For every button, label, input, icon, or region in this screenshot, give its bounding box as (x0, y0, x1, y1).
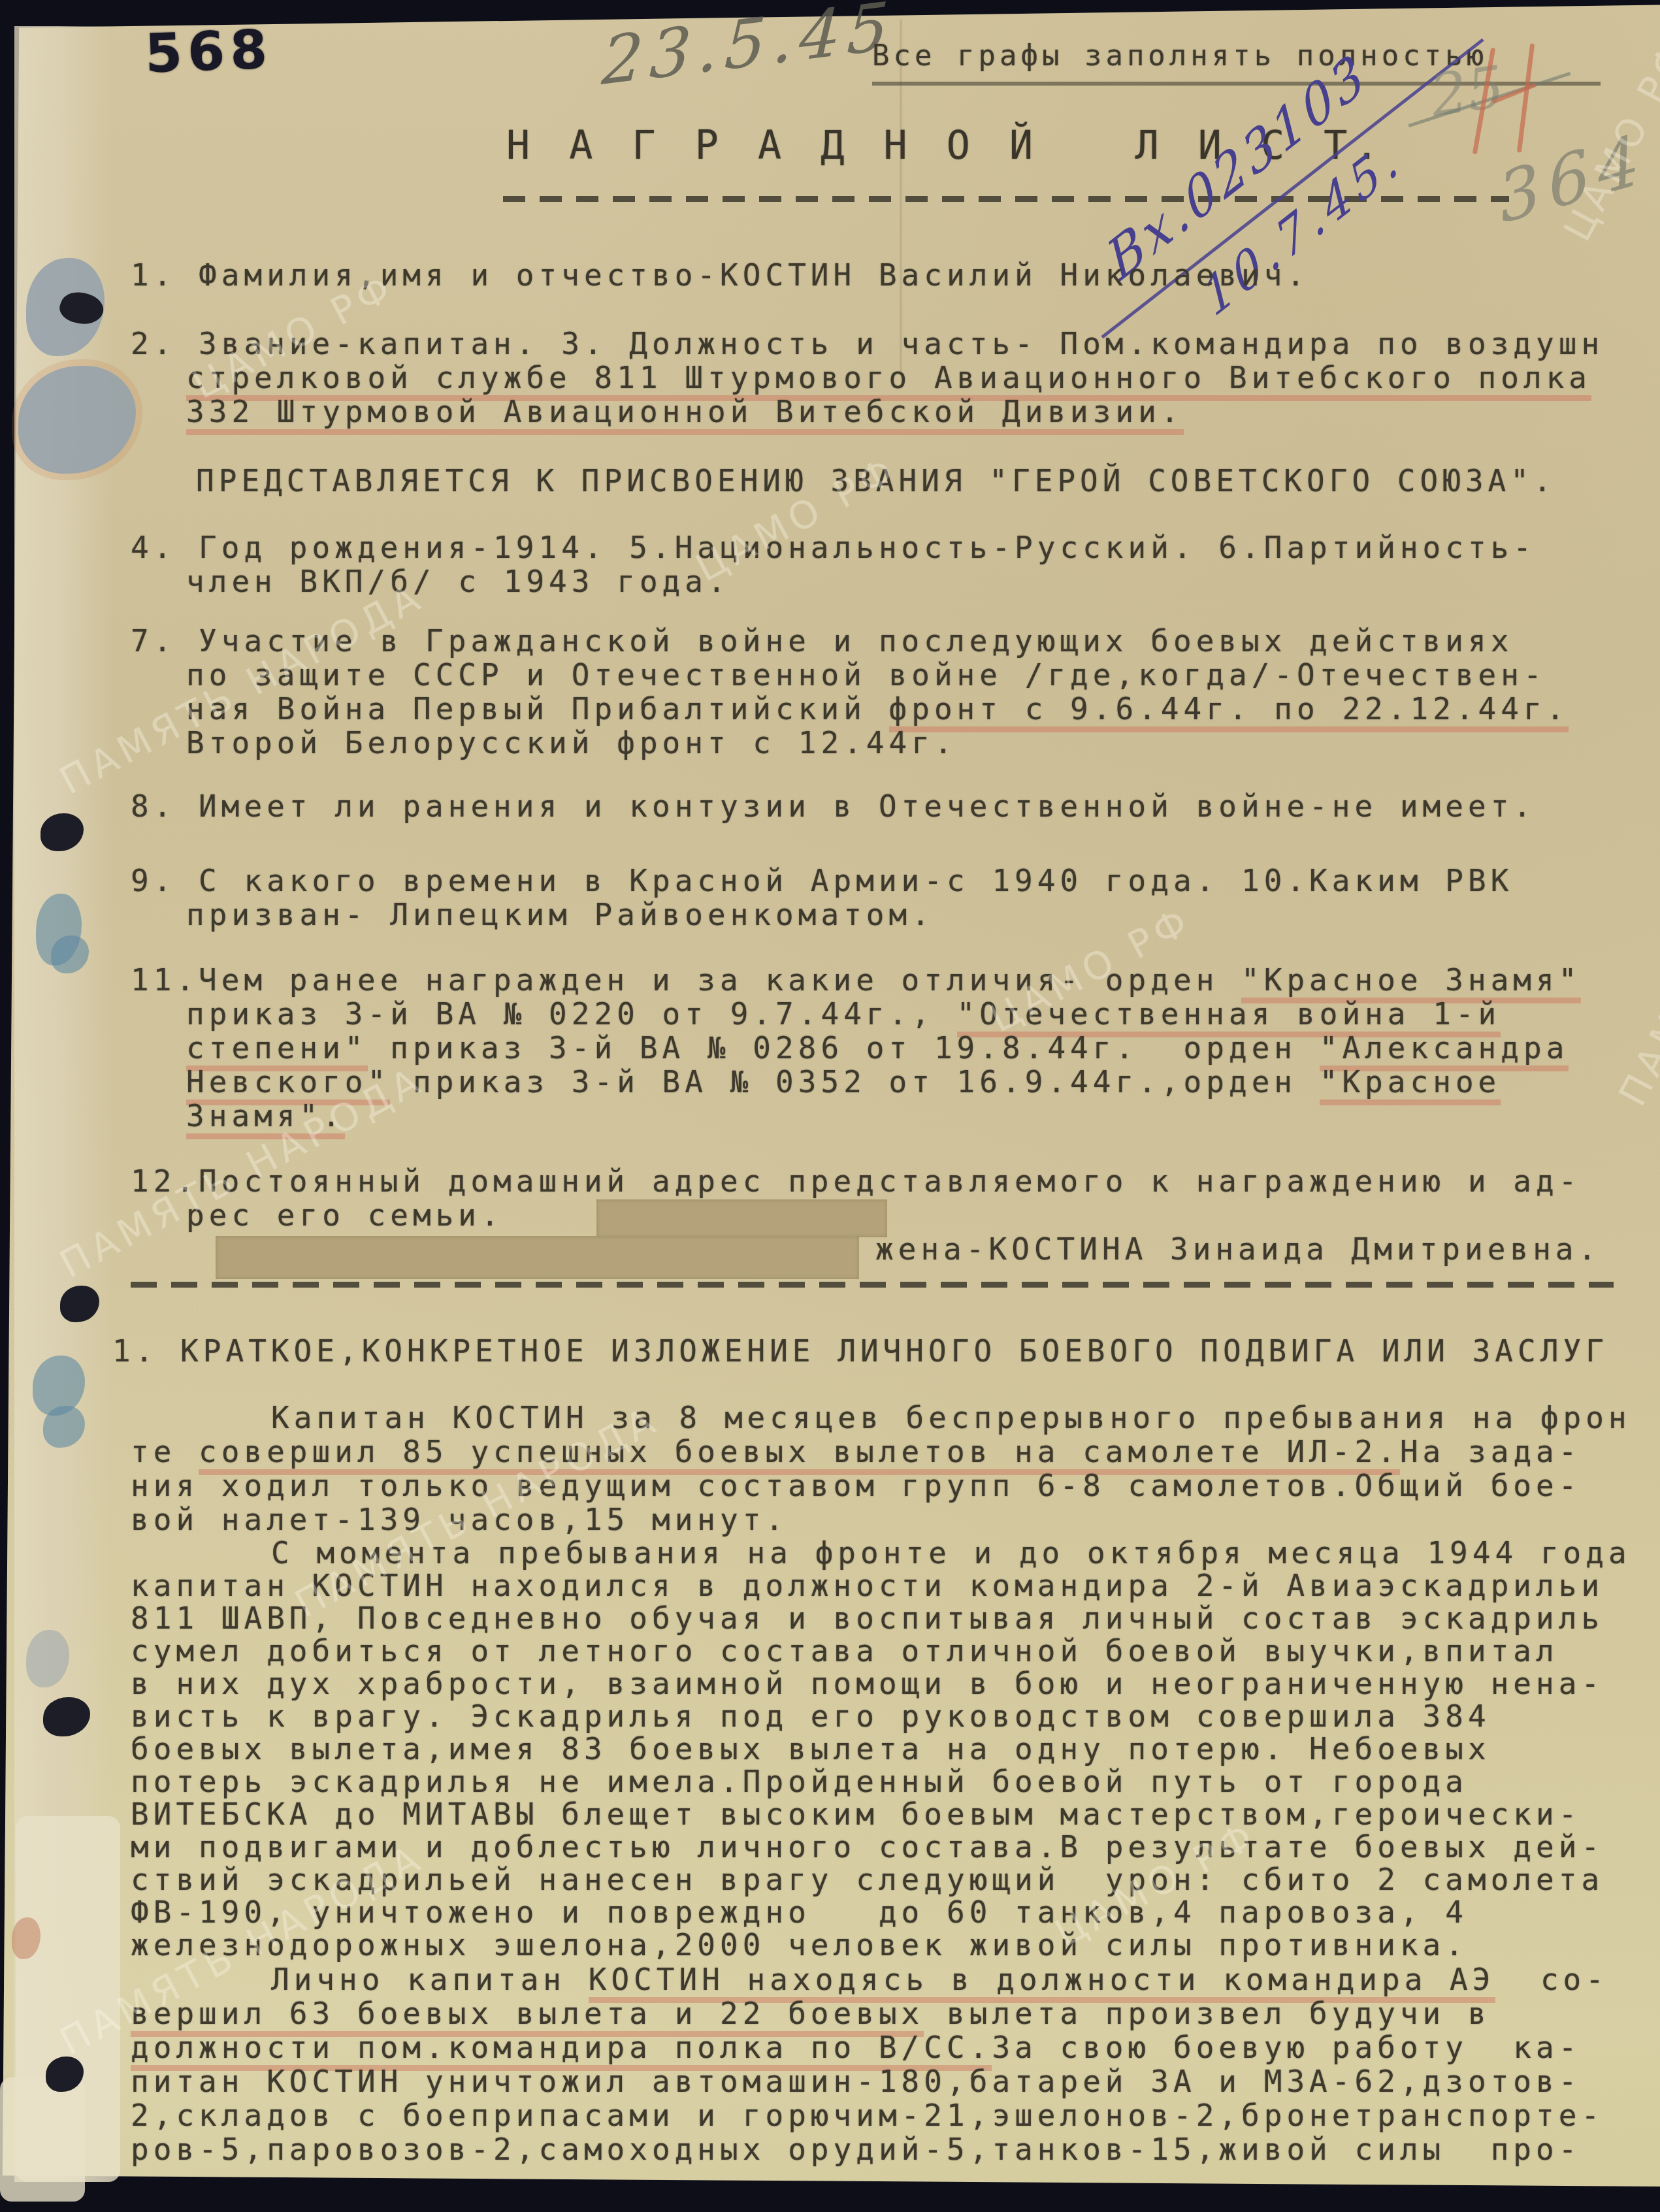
p3-line6: ров-5,паровозов-2,самоходных орудий-5,та… (131, 2132, 1608, 2166)
p2-line3: 811 ШАВП, Повседневно обучая и воспитыва… (131, 1602, 1631, 1635)
form-item-1: 1. Фамилия,имя и отчество-КОСТИН Василий… (131, 258, 1309, 292)
item11-line3: степени" приказ 3-й ВА № 0286 от 19.8.44… (131, 1031, 1581, 1065)
item8-line: 8. Имеет ли ранения и контузии в Отечест… (131, 789, 1536, 823)
p3-line4: питан КОСТИН уничтожил автомашин-180,бат… (131, 2064, 1608, 2098)
paper-patch (0, 2077, 85, 2202)
document-scan: 568 23.5.45 Все графы заполнять полность… (0, 0, 1660, 2212)
p1-line1: Капитан КОСТИН за 8 месяцев беспрерывног… (131, 1401, 1631, 1435)
p1-line2: те совершил 85 успешных боевых вылетов н… (131, 1435, 1631, 1469)
item7-line2: по защите СССР и Отечественной войне /гд… (131, 658, 1569, 692)
p1-line2-text: те (131, 1434, 199, 1469)
p2-line1: С момента пребывания на фронте и до октя… (131, 1537, 1631, 1569)
form-item-11: 11.Чем ранее награжден и за какие отличи… (131, 963, 1581, 1133)
p2-line6: висть к врагу. Эскадрилья под его руково… (131, 1700, 1631, 1732)
red-underlined-text: "Красное (1320, 1064, 1501, 1105)
form-item-2-3: 2. Звание-капитан. 3. Должность и часть-… (131, 327, 1604, 429)
item11-line2-text: приказ 3-й ВА № 0220 от 9.7.44г., (186, 996, 957, 1032)
redaction-block (596, 1199, 887, 1237)
p1-line3: ния ходил только ведущим составом групп … (131, 1469, 1631, 1503)
item7-line1: 7. Участие в Гражданской войне и последу… (131, 624, 1569, 658)
item11-line1: 11.Чем ранее награжден и за какие отличи… (131, 963, 1581, 997)
item9-line1: 9. С какого времени в Красной Армии-с 19… (131, 864, 1513, 898)
item11-line3-text: приказ 3-й ВА № 0286 от 19.8.44г. орден (368, 1030, 1320, 1065)
form-items-4-6: 4. Год рождения-1914. 5.Национальность-Р… (131, 530, 1536, 598)
p3-line1: Лично капитан КОСТИН находясь в должност… (131, 1962, 1608, 1996)
item11-line2: приказ 3-й ВА № 0220 от 9.7.44г., "Отече… (131, 997, 1581, 1031)
p2-line2: капитан КОСТИН находился в должности ком… (131, 1569, 1631, 1602)
item1-line: 1. Фамилия,имя и отчество-КОСТИН Василий… (131, 258, 1309, 292)
item7-line3: ная Война Первый Прибалтийский фронт с 9… (131, 692, 1569, 726)
presentation-statement: ПРЕДСТАВЛЯЕТСЯ К ПРИСВОЕНИЮ ЗВАНИЯ "ГЕРО… (196, 464, 1556, 498)
form-item-8: 8. Имеет ли ранения и контузии в Отечест… (131, 789, 1536, 823)
citation-paragraph-2: С момента пребывания на фронте и до октя… (131, 1537, 1631, 1961)
form-item-7: 7. Участие в Гражданской войне и последу… (131, 624, 1569, 760)
citation-paragraph-1: Капитан КОСТИН за 8 месяцев беспрерывног… (131, 1401, 1631, 1537)
p2-line13: железнодорожных эшелона,2000 человек жив… (131, 1928, 1631, 1961)
item2-line2: стрелковой службе 811 Штурмового Авиацио… (131, 361, 1604, 395)
item9-line2: призван- Липецким Райвоенкоматом. (131, 898, 1513, 932)
p2-line12: ФВ-190, уничтожено и повреждно до 60 тан… (131, 1896, 1631, 1928)
item2-line1: 2. Звание-капитан. 3. Должность и часть-… (131, 327, 1604, 361)
p3-line3-text: За свою боевую работу ка- (992, 2030, 1581, 2065)
item4-line2: член ВКП/б/ с 1943 года. (131, 564, 1536, 598)
redaction-block (216, 1236, 859, 1279)
p2-line5: в них дух храбрости, взаимной помощи в б… (131, 1667, 1631, 1700)
citation-paragraph-3: Лично капитан КОСТИН находясь в должност… (131, 1962, 1608, 2166)
p2-line9: ВИТЕБСКА до МИТАВЫ блещет высоким боевым… (131, 1798, 1631, 1830)
item4-line1: 4. Год рождения-1914. 5.Национальность-Р… (131, 530, 1536, 564)
p2-line10: ми подвигами и доблестью личного состава… (131, 1830, 1631, 1863)
p2-line4: сумел добиться от летного состава отличн… (131, 1635, 1631, 1667)
p1-line2-text2: На зада- (1400, 1434, 1582, 1469)
form-items-9-10: 9. С какого времени в Красной Армии-с 19… (131, 864, 1513, 932)
citation-heading: 1. КРАТКОЕ,КОНКРЕТНОЕ ИЗЛОЖЕНИЕ ЛИЧНОГО … (112, 1334, 1608, 1368)
p3-line5: 2,складов с боеприпасами и горючим-21,эш… (131, 2098, 1608, 2132)
p1-line4: вой налет-139 часов,15 минут. (131, 1503, 1631, 1537)
p3-line1-text2: со- (1495, 1962, 1608, 1997)
citation-heading-line: 1. КРАТКОЕ,КОНКРЕТНОЕ ИЗЛОЖЕНИЕ ЛИЧНОГО … (112, 1334, 1608, 1368)
p3-line2: вершил 63 боевых вылета и 22 боевых выле… (131, 1996, 1608, 2030)
item7-line3-text: ная Война Первый Прибалтийский (186, 691, 889, 726)
p2-line7: боевых вылета,имея 83 боевых вылета на о… (131, 1732, 1631, 1765)
p2-line8: потерь эскадрилья не имела.Пройденный бо… (131, 1765, 1631, 1798)
item12-line1: 12.Постоянный домашний адрес представляе… (131, 1164, 1601, 1198)
red-underlined-text: Знамя". (186, 1098, 345, 1139)
red-underlined-text: фронт с 9.6.44г. по 22.12.44г. (889, 691, 1569, 732)
item11-line4: Невского" приказ 3-й ВА № 0352 от 16.9.4… (131, 1065, 1581, 1099)
p3-line3: должности пом.командира полка по В/СС.За… (131, 2030, 1608, 2064)
item11-line1-text: 11.Чем ранее награжден и за какие отличи… (131, 962, 1241, 998)
presentation-line: ПРЕДСТАВЛЯЕТСЯ К ПРИСВОЕНИЮ ЗВАНИЯ "ГЕРО… (196, 464, 1556, 498)
section-divider-dashes (131, 1282, 1614, 1288)
page-number-stamp: 568 (144, 19, 273, 86)
crossed-out-number: 25 (1426, 53, 1508, 130)
p3-line1-text: Лично капитан (271, 1962, 589, 1997)
item11-line4-text: приказ 3-й ВА № 0352 от 16.9.44г.,орден (390, 1064, 1319, 1099)
p2-line11: ствий эскадрильей нанесен врагу следующи… (131, 1863, 1631, 1896)
p3-line2-text: вылета произвел будучи в (924, 1996, 1490, 2031)
red-underlined-text: 332 Штурмовой Авиационной Витебской Диви… (186, 394, 1184, 435)
